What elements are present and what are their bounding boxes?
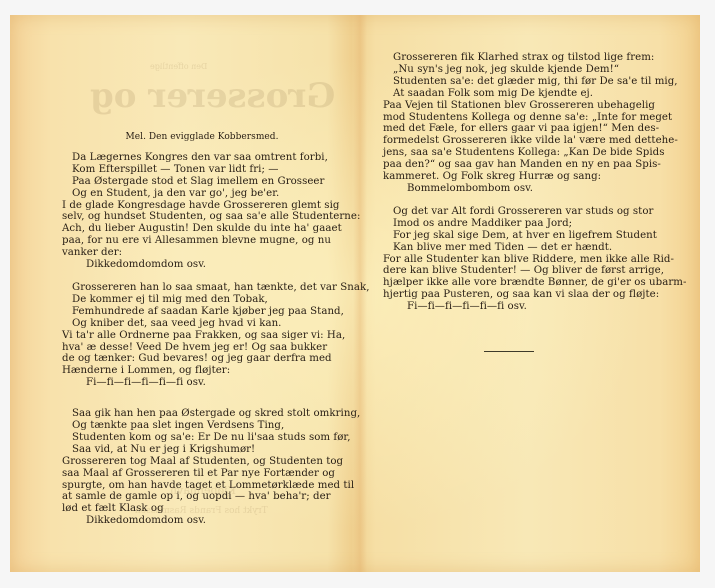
prose-line: hjertig paa Pusteren, og saa kan vi slaa…	[383, 289, 695, 301]
prose-line: Grossereren tog Maal af Studenten, og St…	[62, 456, 362, 468]
prose-line: at samle de gamle op i, og uopdi — hva' …	[62, 491, 362, 503]
right-page: Grossereren fik Klarhed strax og tilstod…	[383, 52, 695, 313]
verse-line: Og en Student, ja den var go', jeg be'er…	[62, 188, 362, 200]
verse-line: Da Lægernes Kongres den var saa omtrent …	[62, 152, 362, 164]
prose-line: Paa Vejen til Stationen blev Grossereren…	[383, 100, 695, 112]
verse-line: Kan blive mer med Tiden — det er hændt.	[383, 242, 695, 254]
verse-2: Grossereren han lo saa smaat, han tænkte…	[62, 282, 362, 330]
prose-line: med det Fæle, for ellers gaar vi paa igj…	[383, 123, 695, 135]
prose-line: hva' æ desse! Veed De hvem jeg er! Og sa…	[62, 342, 362, 354]
prose-line: Ach, du lieber Augustin! Den skulde du i…	[62, 223, 362, 235]
refrain: Fi—fi—fi—fi—fi—fi osv.	[383, 301, 695, 313]
prose-line: lød et fælt Klask og	[62, 503, 362, 515]
verse-line: Kom Efterspillet — Tonen var lidt fri; —	[62, 164, 362, 176]
prose-line: hjælper ikke alle vore brændte Bønner, d…	[383, 277, 695, 289]
verse-line: Og kniber det, saa veed jeg hvad vi kan.	[62, 318, 362, 330]
verse-5: Og det var Alt fordi Grossereren var stu…	[383, 206, 695, 254]
prose-line: I de glade Kongresdage havde Grossereren…	[62, 200, 362, 212]
prose-line: Vi ta'r alle Ordnerne paa Frakken, og sa…	[62, 330, 362, 342]
prose-line: selv, og hundset Studenten, og saa sa'e …	[62, 211, 362, 223]
verse-line: At saadan Folk som mig De kjendte ej.	[383, 88, 695, 100]
refrain: Fi—fi—fi—fi—fi—fi osv.	[62, 377, 362, 389]
prose-line: dere kan blive Studenter! — Og bliver de…	[383, 265, 695, 277]
verse-line: Femhundrede af saadan Karle kjøber jeg p…	[62, 306, 362, 318]
verse-line: Imod os andre Maddiker paa Jord;	[383, 218, 695, 230]
prose-line: Hænderne i Lommen, og fløjter:	[62, 365, 362, 377]
prose-line: paa den?“ og saa gav han Manden en ny en…	[383, 159, 695, 171]
left-page: Mel. Den evigglade Kobbersmed. Da Lægern…	[62, 132, 362, 527]
verse-1: Da Lægernes Kongres den var saa omtrent …	[62, 152, 362, 200]
prose-2: Vi ta'r alle Ordnerne paa Frakken, og sa…	[62, 330, 362, 378]
verse-line: For jeg skal sige Dem, at hver en ligefr…	[383, 230, 695, 242]
refrain: Dikkedomdomdom osv.	[62, 259, 362, 271]
refrain: Bommelombombom osv.	[383, 183, 695, 195]
verse-line: Saa vid, at Nu er jeg i Krigshumør!	[62, 444, 362, 456]
ghost-top-title: Grosserer og	[90, 76, 335, 116]
prose-line: jens, saa sa'e Studentens Kollega: „Kan …	[383, 147, 695, 159]
ghost-top-small: Den offentlige	[150, 62, 207, 71]
verse-line: Og tænkte paa slet ingen Verdsens Ting,	[62, 420, 362, 432]
prose-5: For alle Studenter kan blive Riddere, me…	[383, 254, 695, 302]
prose-line: de og tænker: Gud bevares! og jeg gaar d…	[62, 353, 362, 365]
prose-line: vanker der:	[62, 247, 362, 259]
prose-1: I de glade Kongresdage havde Grossereren…	[62, 200, 362, 260]
verse-line: Grossereren fik Klarhed strax og tilstod…	[383, 52, 695, 64]
verse-3: Saa gik han hen paa Østergade og skred s…	[62, 408, 362, 456]
prose-line: spurgte, om han havde taget et Lommetørk…	[62, 480, 362, 492]
verse-line: Saa gik han hen paa Østergade og skred s…	[62, 408, 362, 420]
prose-line: kammeret. Og Folk skreg Hurræ og sang:	[383, 171, 695, 183]
verse-line: Grossereren han lo saa smaat, han tænkte…	[62, 282, 362, 294]
prose-4: Paa Vejen til Stationen blev Grossereren…	[383, 100, 695, 183]
verse-line: Og det var Alt fordi Grossereren var stu…	[383, 206, 695, 218]
refrain: Dikkedomdomdom osv.	[62, 515, 362, 527]
verse-line: Studenten kom og sa'e: Er De nu li'saa s…	[62, 432, 362, 444]
verse-line: De kommer ej til mig med den Tobak,	[62, 294, 362, 306]
verse-4: Grossereren fik Klarhed strax og tilstod…	[383, 52, 695, 100]
prose-3: Grossereren tog Maal af Studenten, og St…	[62, 456, 362, 516]
end-rule	[484, 351, 534, 352]
prose-line: paa, for nu ere vi Allesammen blevne mug…	[62, 235, 362, 247]
prose-line: mod Studentens Kollega og denne sa'e: „I…	[383, 112, 695, 124]
melody-line: Mel. Den evigglade Kobbersmed.	[42, 132, 362, 144]
verse-line: Studenten sa'e: det glæder mig, thi før …	[383, 76, 695, 88]
prose-line: formedelst Grossereren ikke vilde la' væ…	[383, 135, 695, 147]
verse-line: Paa Østergade stod et Slag imellem en Gr…	[62, 176, 362, 188]
prose-line: For alle Studenter kan blive Riddere, me…	[383, 254, 695, 266]
prose-line: saa Maal af Grossereren til et Par nye F…	[62, 468, 362, 480]
verse-line: „Nu syn's jeg nok, jeg skulde kjende Dem…	[383, 64, 695, 76]
